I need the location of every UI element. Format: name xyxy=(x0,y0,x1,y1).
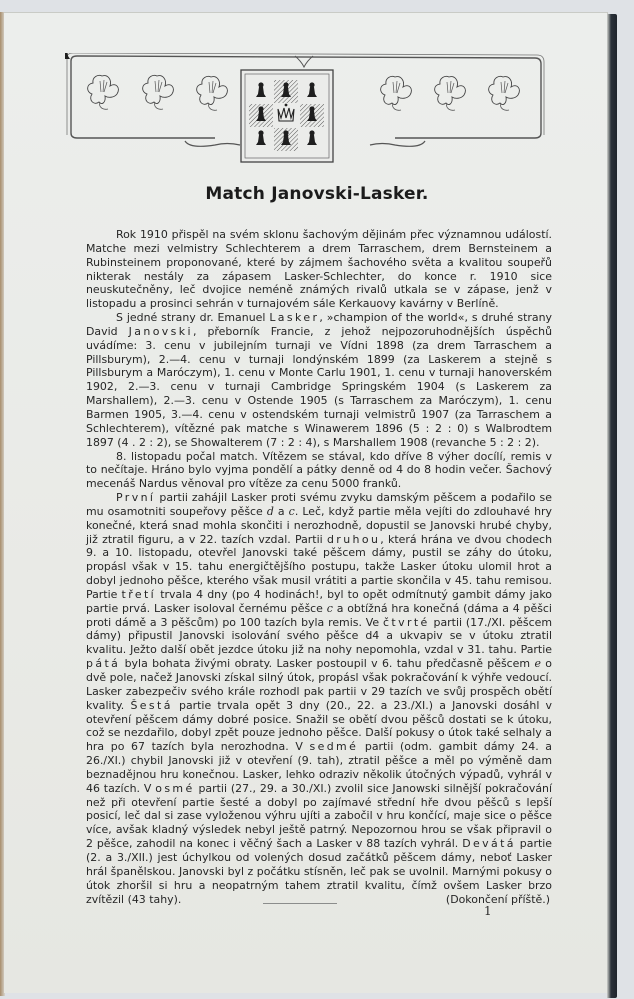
article-body: Rok 1910 přispěl na svém sklonu šachovým… xyxy=(86,228,552,906)
paragraph-games: První partii zahájil Lasker proti svému … xyxy=(86,491,552,906)
paragraph-match-start: 8. listopadu počal match. Vítězem se stá… xyxy=(86,450,552,492)
text-run: a xyxy=(274,505,289,518)
game-label-second: druhou xyxy=(327,533,380,546)
text-run: , přeborník Francie, z jehož nejpozoruho… xyxy=(86,325,552,449)
game-label-fifth: pátá xyxy=(86,657,120,670)
ornament-frame-icon xyxy=(65,53,546,163)
article-title: Match Janovski-Lasker. xyxy=(0,184,634,204)
game-label-fourth: čtvrté xyxy=(383,616,430,629)
paragraph-players: S jedné strany dr. Emanuel Lasker, »cham… xyxy=(86,311,552,449)
text-run: byla bohata živými obraty. Lasker postou… xyxy=(120,657,534,670)
continued-note: (Dokončení příště.) xyxy=(416,893,550,907)
game-label-third: třetí xyxy=(122,588,157,601)
text-run: S jedné strany dr. Emanuel xyxy=(116,311,269,324)
game-label-first: První xyxy=(116,491,155,504)
paragraph-intro: Rok 1910 přispěl na svém sklonu šachovým… xyxy=(86,228,552,311)
game-label-ninth: Devátá xyxy=(462,837,516,850)
player-name-lasker: Lasker xyxy=(269,311,319,324)
game-label-seventh: sedmé xyxy=(309,740,358,753)
page-number: 1 xyxy=(484,904,492,918)
header-ornament xyxy=(65,53,546,163)
player-name-janovski: Janovski xyxy=(129,325,193,338)
end-divider xyxy=(263,903,337,904)
game-label-eighth: osmé xyxy=(155,782,194,795)
pawn-file-d: d xyxy=(267,505,274,518)
game-label-sixth: Šestá xyxy=(130,699,172,712)
book-cover-edge xyxy=(607,14,617,998)
